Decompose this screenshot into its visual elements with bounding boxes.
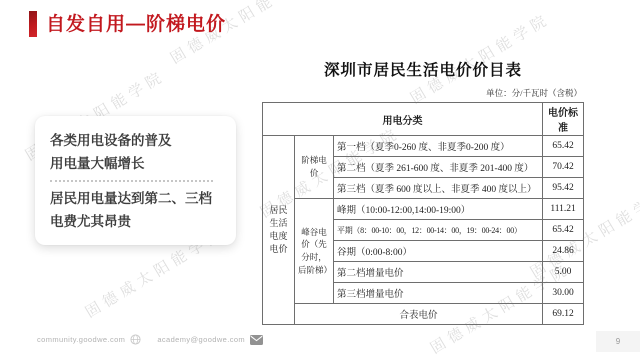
summary-row-label: 合表电价 (295, 304, 543, 325)
row-value: 30.00 (543, 283, 584, 304)
category-cell: 居民生活电度电价 (263, 136, 295, 325)
row-value: 70.42 (543, 157, 584, 178)
row-label: 第二档增量电价 (334, 262, 543, 283)
footer: community.goodwe.com academy@goodwe.com (37, 334, 263, 345)
page-number-box: 9 (596, 331, 640, 352)
globe-icon (130, 334, 141, 345)
row-label: 第三档（夏季 600 度以上、非夏季 400 度以上） (334, 178, 543, 199)
row-label: 第一档（夏季0-260 度、非夏季0-200 度） (334, 136, 543, 157)
row-value: 95.42 (543, 178, 584, 199)
row-value: 24.86 (543, 241, 584, 262)
price-standard-header: 电价标准 (543, 103, 584, 136)
row-label: 谷期（0:00-8:00） (334, 241, 543, 262)
card-line: 用电量大幅增长 (50, 152, 236, 175)
row-label: 平期（8：00-10：00，12：00-14：00，19：00-24：00） (334, 220, 543, 241)
info-card: 各类用电设备的普及 用电量大幅增长 居民用电量达到第二、三档 电费尤其昂贵 (35, 116, 236, 245)
card-line: 各类用电设备的普及 (50, 129, 236, 152)
tou-group-cell: 峰谷电价（先分时，后阶梯） (295, 199, 334, 304)
page-number: 9 (616, 337, 620, 346)
dotted-divider (50, 180, 213, 182)
slide-background: 固德威太阳能学院 固德威太阳能学院 固德威太阳能学院 固德威太阳能学院 固德威太… (0, 0, 640, 360)
row-value: 111.21 (543, 199, 584, 220)
tier-group-cell: 阶梯电价 (295, 136, 334, 199)
price-table: 用电分类 电价标准 居民生活电度电价 阶梯电价 第一档（夏季0-260 度、非夏… (262, 102, 584, 325)
price-table-section: 深圳市居民生活电价价目表 单位：分/千瓦时（含税） 用电分类 电价标准 居民生活… (262, 61, 584, 325)
website-text: community.goodwe.com (37, 335, 125, 344)
row-value: 65.42 (543, 136, 584, 157)
unit-note: 单位：分/千瓦时（含税） (262, 87, 582, 99)
email-text: academy@goodwe.com (157, 335, 245, 344)
slide-title: 自发自用—阶梯电价 (46, 9, 226, 36)
row-label: 第二档（夏季 261-600 度、非夏季 201-400 度） (334, 157, 543, 178)
row-label: 第三档增量电价 (334, 283, 543, 304)
price-table-title: 深圳市居民生活电价价目表 (262, 61, 584, 81)
usage-classification-header: 用电分类 (263, 103, 543, 136)
summary-row: 合表电价 69.12 (263, 304, 584, 325)
card-line: 电费尤其昂贵 (50, 210, 236, 233)
envelope-icon (250, 335, 263, 345)
card-line: 居民用电量达到第二、三档 (50, 187, 236, 210)
table-row: 峰谷电价（先分时，后阶梯） 峰期（10:00-12:00,14:00-19:00… (263, 199, 584, 220)
row-label: 峰期（10:00-12:00,14:00-19:00） (334, 199, 543, 220)
row-value: 65.42 (543, 220, 584, 241)
table-row: 居民生活电度电价 阶梯电价 第一档（夏季0-260 度、非夏季0-200 度） … (263, 136, 584, 157)
title-accent-bar (29, 11, 37, 37)
table-header-row: 用电分类 电价标准 (263, 103, 584, 136)
row-value: 5.00 (543, 262, 584, 283)
summary-row-value: 69.12 (543, 304, 584, 325)
